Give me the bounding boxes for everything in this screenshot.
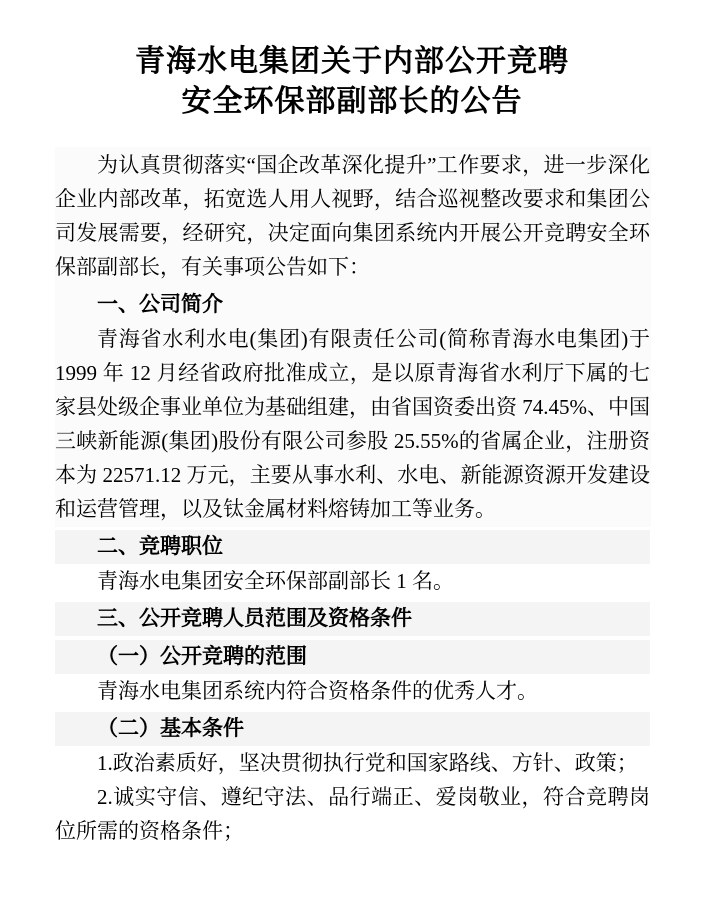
body-paragraph: 1.政治素质好，坚决贯彻执行党和国家路线、方针、政策； bbox=[55, 746, 650, 780]
body-paragraph: 青海水电集团安全环保部副部长 1 名。 bbox=[55, 564, 650, 598]
body-paragraph: 为认真贯彻落实“国企改革深化提升”工作要求，进一步深化企业内部改革，拓宽选人用人… bbox=[55, 148, 650, 284]
body-paragraph: 2.诚实守信、遵纪守法、品行端正、爱岗敬业，符合竞聘岗位所需的资格条件； bbox=[55, 780, 650, 848]
section-heading: 三、公开竞聘人员范围及资格条件 bbox=[55, 602, 650, 636]
section-heading: 一、公司简介 bbox=[55, 288, 650, 322]
title-line-1: 青海水电集团关于内部公开竞聘 bbox=[0, 42, 704, 82]
section-heading: 二、竞聘职位 bbox=[55, 530, 650, 564]
document-body: 为认真贯彻落实“国企改革深化提升”工作要求，进一步深化企业内部改革，拓宽选人用人… bbox=[55, 148, 650, 848]
body-paragraph: 青海水电集团系统内符合资格条件的优秀人才。 bbox=[55, 674, 650, 708]
body-paragraph: 青海省水利水电(集团)有限责任公司(简称青海水电集团)于 1999 年 12 月… bbox=[55, 322, 650, 526]
document-title: 青海水电集团关于内部公开竞聘 安全环保部副部长的公告 bbox=[0, 42, 704, 122]
section-heading: （二）基本条件 bbox=[55, 712, 650, 746]
document-page: 青海水电集团关于内部公开竞聘 安全环保部副部长的公告 为认真贯彻落实“国企改革深… bbox=[0, 0, 704, 917]
section-heading: （一）公开竞聘的范围 bbox=[55, 640, 650, 674]
title-line-2: 安全环保部副部长的公告 bbox=[0, 82, 704, 122]
